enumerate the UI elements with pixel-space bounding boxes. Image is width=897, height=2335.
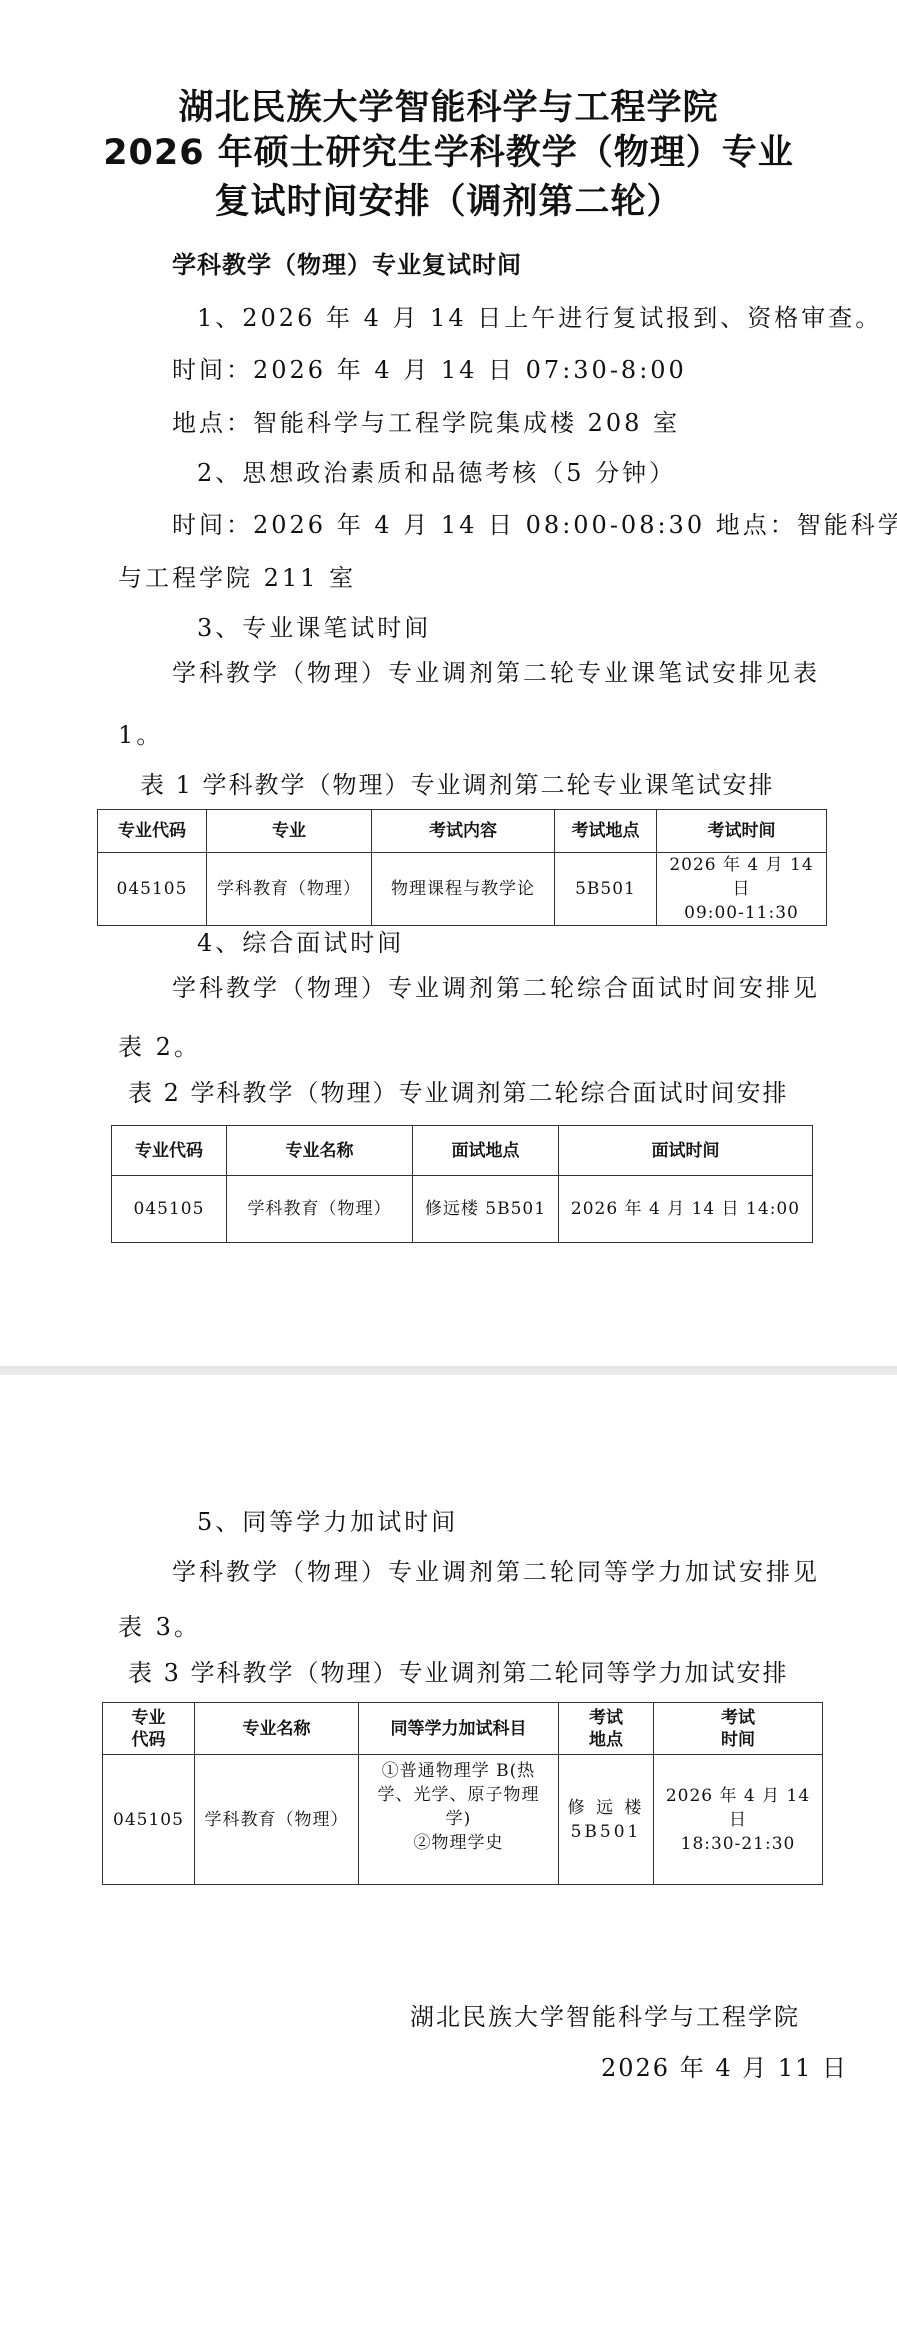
exam-location: 5B501: [555, 853, 657, 926]
exam-subjects: ①普通物理学 B(热 学、光学、原子物理 学) ②物理学史: [359, 1755, 559, 1885]
table3-header-row: 专业代码 专业名称 同等学力加试科目 考试地点 考试时间: [103, 1703, 823, 1755]
major-name: 学科教育（物理）: [227, 1176, 413, 1243]
table-row: 045105 学科教育（物理） 物理课程与教学论 5B501 2026 年 4 …: [98, 853, 827, 926]
item5-description: 学科教学（物理）专业调剂第二轮同等学力加试安排见: [172, 1557, 820, 1587]
interview-location: 修远楼 5B501: [413, 1176, 559, 1243]
item4-heading: 4、综合面试时间: [197, 928, 404, 958]
table1-header: 考试地点: [555, 810, 657, 853]
table1-header: 专业: [207, 810, 372, 853]
item2-time-location: 时间：2026 年 4 月 14 日 08:00-08:30 地点：智能科学: [172, 510, 897, 540]
table-row: 045105 学科教育（物理） 修远楼 5B501 2026 年 4 月 14 …: [112, 1176, 813, 1243]
table2-header-row: 专业代码 专业名称 面试地点 面试时间: [112, 1126, 813, 1176]
exam-time: 2026 年 4 月 14 日 18:30-21:30: [654, 1755, 823, 1885]
table1-header-row: 专业代码 专业 考试内容 考试地点 考试时间: [98, 810, 827, 853]
signature-institution: 湖北民族大学智能科学与工程学院: [410, 2002, 800, 2032]
subject-line: ②物理学史: [363, 1831, 554, 1855]
exam-content: 物理课程与教学论: [372, 853, 555, 926]
table3-header: 考试地点: [559, 1703, 654, 1755]
table1-header: 考试时间: [657, 810, 827, 853]
item2-time-location-cont: 与工程学院 211 室: [118, 563, 356, 593]
table1-written-exam: 专业代码 专业 考试内容 考试地点 考试时间 045105 学科教育（物理） 物…: [97, 809, 827, 926]
item3-description: 学科教学（物理）专业调剂第二轮专业课笔试安排见表: [172, 658, 820, 688]
signature-date: 2026 年 4 月 11 日: [601, 2053, 848, 2083]
table1-header: 考试内容: [372, 810, 555, 853]
table2-header: 专业代码: [112, 1126, 227, 1176]
table3-header: 专业名称: [195, 1703, 359, 1755]
exam-hours: 18:30-21:30: [658, 1832, 818, 1856]
item4-description-cont: 表 2。: [118, 1032, 201, 1062]
document-title-line-3: 复试时间安排（调剂第二轮）: [0, 180, 897, 224]
interview-time: 2026 年 4 月 14 日 14:00: [559, 1176, 813, 1243]
table1-header: 专业代码: [98, 810, 207, 853]
page-break-divider: [0, 1366, 897, 1375]
subject-line: ①普通物理学 B(热: [363, 1759, 554, 1783]
item1-heading: 1、2026 年 4 月 14 日上午进行复试报到、资格审查。: [197, 303, 882, 333]
table3-equivalent-exam: 专业代码 专业名称 同等学力加试科目 考试地点 考试时间 045105 学科教育…: [102, 1702, 823, 1885]
major-name: 学科教育（物理）: [195, 1755, 359, 1885]
item5-heading: 5、同等学力加试时间: [197, 1507, 458, 1537]
location-building: 修 远 楼: [563, 1796, 649, 1820]
exam-hours: 09:00-11:30: [661, 901, 822, 925]
item1-time: 时间：2026 年 4 月 14 日 07:30-8:00: [172, 355, 687, 385]
item2-heading: 2、思想政治素质和品德考核（5 分钟）: [197, 458, 676, 488]
location-room: 5B501: [563, 1820, 649, 1844]
exam-location: 修 远 楼 5B501: [559, 1755, 654, 1885]
major-code: 045105: [103, 1755, 195, 1885]
major-name: 学科教育（物理）: [207, 853, 372, 926]
table2-caption: 表 2 学科教学（物理）专业调剂第二轮综合面试时间安排: [128, 1078, 789, 1108]
item3-description-cont: 1。: [118, 720, 163, 750]
subject-line: 学): [363, 1807, 554, 1831]
item3-heading: 3、专业课笔试时间: [197, 613, 431, 643]
item4-description: 学科教学（物理）专业调剂第二轮综合面试时间安排见: [172, 973, 820, 1003]
item5-description-cont: 表 3。: [118, 1612, 201, 1642]
table2-header: 面试地点: [413, 1126, 559, 1176]
table3-header: 专业代码: [103, 1703, 195, 1755]
table2-interview: 专业代码 专业名称 面试地点 面试时间 045105 学科教育（物理） 修远楼 …: [111, 1125, 813, 1243]
section-heading: 学科教学（物理）专业复试时间: [172, 250, 522, 280]
table3-caption: 表 3 学科教学（物理）专业调剂第二轮同等学力加试安排: [128, 1658, 789, 1688]
exam-date: 2026 年 4 月 14 日: [658, 1784, 818, 1832]
table-row: 045105 学科教育（物理） ①普通物理学 B(热 学、光学、原子物理 学) …: [103, 1755, 823, 1885]
major-code: 045105: [112, 1176, 227, 1243]
exam-date: 2026 年 4 月 14 日: [661, 853, 822, 901]
major-code: 045105: [98, 853, 207, 926]
table1-caption: 表 1 学科教学（物理）专业调剂第二轮专业课笔试安排: [140, 770, 775, 800]
subject-line: 学、光学、原子物理: [363, 1783, 554, 1807]
table2-header: 专业名称: [227, 1126, 413, 1176]
exam-time: 2026 年 4 月 14 日 09:00-11:30: [657, 853, 827, 926]
table3-header: 同等学力加试科目: [359, 1703, 559, 1755]
table2-header: 面试时间: [559, 1126, 813, 1176]
document-title-line-1: 湖北民族大学智能科学与工程学院: [0, 86, 897, 130]
document-title-line-2: 2026 年硕士研究生学科教学（物理）专业: [0, 131, 897, 175]
item1-location: 地点：智能科学与工程学院集成楼 208 室: [172, 408, 680, 438]
table3-header: 考试时间: [654, 1703, 823, 1755]
